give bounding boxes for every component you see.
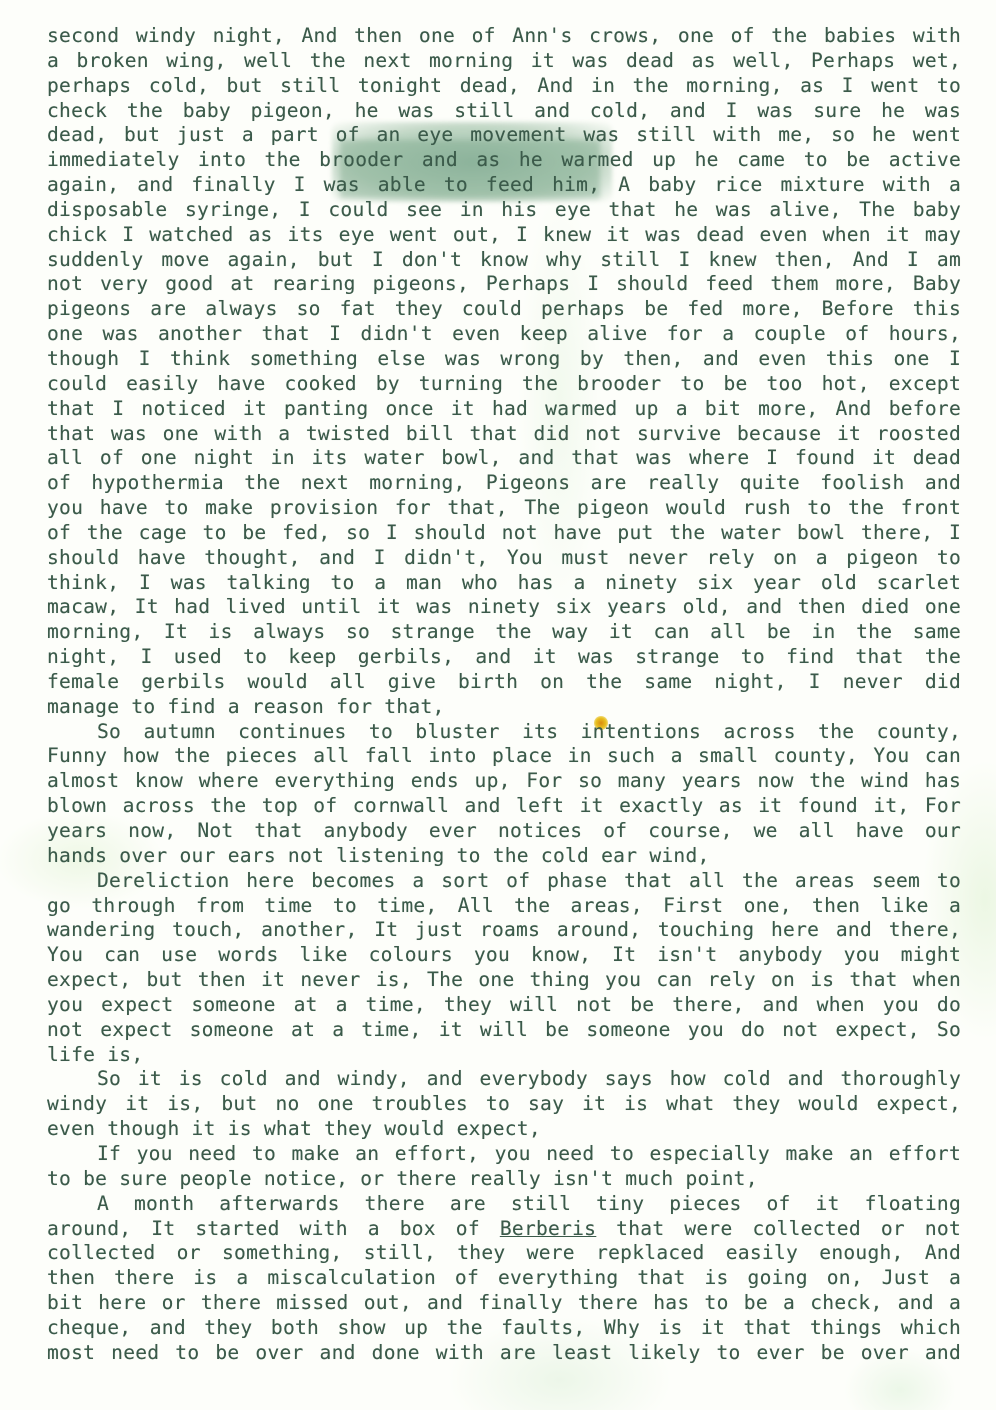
text-line-with-underline: around, It started with a box of Berberi… xyxy=(47,1217,961,1242)
text-line: think, I was talking to a man who has a … xyxy=(47,571,961,596)
text-line: chick I watched as its eye went out, I k… xyxy=(47,223,961,248)
paragraph-start-line: So it is cold and windy, and everybody s… xyxy=(47,1067,961,1092)
paragraph-start-line: If you need to make an effort, you need … xyxy=(47,1142,961,1167)
text-line: that was one with a twisted bill that di… xyxy=(47,422,961,447)
text-line: macaw, It had lived until it was ninety … xyxy=(47,595,961,620)
paragraph-start-line: Dereliction here becomes a sort of phase… xyxy=(47,869,961,894)
text-line: suddenly move again, but I don't know wh… xyxy=(47,248,961,273)
text-line: blown across the top of cornwall and lef… xyxy=(47,794,961,819)
text-line: expect, but then it never is, The one th… xyxy=(47,968,961,993)
text-line: cheque, and they both show up the faults… xyxy=(47,1316,961,1341)
text-line: most need to be over and done with are l… xyxy=(47,1341,961,1366)
text-line: Funny how the pieces all fall into place… xyxy=(47,744,961,769)
text-line: though I think something else was wrong … xyxy=(47,347,961,372)
paragraph-end-line: hands over our ears not listening to the… xyxy=(47,844,961,869)
text-line: wandering touch, another, It just roams … xyxy=(47,918,961,943)
paragraph-start-line: A month afterwards there are still tiny … xyxy=(47,1192,961,1217)
text-line: could easily have cooked by turning the … xyxy=(47,372,961,397)
text-line: then there is a miscalculation of everyt… xyxy=(47,1266,961,1291)
text-line: second windy night, And then one of Ann'… xyxy=(47,24,961,49)
text-line: a broken wing, well the next morning it … xyxy=(47,49,961,74)
underlined-word: Berberis xyxy=(500,1217,596,1240)
typewritten-text: second windy night, And then one of Ann'… xyxy=(47,24,961,1366)
text-line: bit here or there missed out, and finall… xyxy=(47,1291,961,1316)
text-line: You can use words like colours you know,… xyxy=(47,943,961,968)
text-line: not expect someone at a time, it will be… xyxy=(47,1018,961,1043)
text-line: one was another that I didn't even keep … xyxy=(47,322,961,347)
text-line: immediately into the brooder and as he w… xyxy=(47,148,961,173)
text-line: of hypothermia the next morning, Pigeons… xyxy=(47,471,961,496)
text-line: morning, It is always so strange the way… xyxy=(47,620,961,645)
text-line: you have to make provision for that, The… xyxy=(47,496,961,521)
text-segment: that were collected or not xyxy=(596,1217,961,1240)
text-line: not very good at rearing pigeons, Perhap… xyxy=(47,272,961,297)
paragraph-end-line: manage to find a reason for that, xyxy=(47,695,961,720)
text-line: collected or something, still, they were… xyxy=(47,1241,961,1266)
text-line: you expect someone at a time, they will … xyxy=(47,993,961,1018)
text-line: female gerbils would all give birth on t… xyxy=(47,670,961,695)
text-line: check the baby pigeon, he was still and … xyxy=(47,99,961,124)
text-line: dead, but just a part of an eye movement… xyxy=(47,123,961,148)
text-line: again, and finally I was able to feed hi… xyxy=(47,173,961,198)
text-line: go through from time to time, All the ar… xyxy=(47,894,961,919)
paragraph-end-line: to be sure people notice, or there reall… xyxy=(47,1167,961,1192)
text-line: should have thought, and I didn't, You m… xyxy=(47,546,961,571)
text-line: of the cage to be fed, so I should not h… xyxy=(47,521,961,546)
text-line: perhaps cold, but still tonight dead, An… xyxy=(47,74,961,99)
text-line: windy it is, but no one troubles to say … xyxy=(47,1092,961,1117)
paragraph-end-line: life is, xyxy=(47,1043,961,1068)
text-line: almost know where everything ends up, Fo… xyxy=(47,769,961,794)
text-line: disposable syringe, I could see in his e… xyxy=(47,198,961,223)
paragraph-end-line: even though it is what they would expect… xyxy=(47,1117,961,1142)
text-line: all of one night in its water bowl, and … xyxy=(47,446,961,471)
text-line: years now, Not that anybody ever notices… xyxy=(47,819,961,844)
text-line: night, I used to keep gerbils, and it wa… xyxy=(47,645,961,670)
text-line: that I noticed it panting once it had wa… xyxy=(47,397,961,422)
paragraph-start-line: So autumn continues to bluster its inten… xyxy=(47,720,961,745)
text-segment: around, It started with a box of xyxy=(47,1217,500,1240)
text-line: pigeons are always so fat they could per… xyxy=(47,297,961,322)
